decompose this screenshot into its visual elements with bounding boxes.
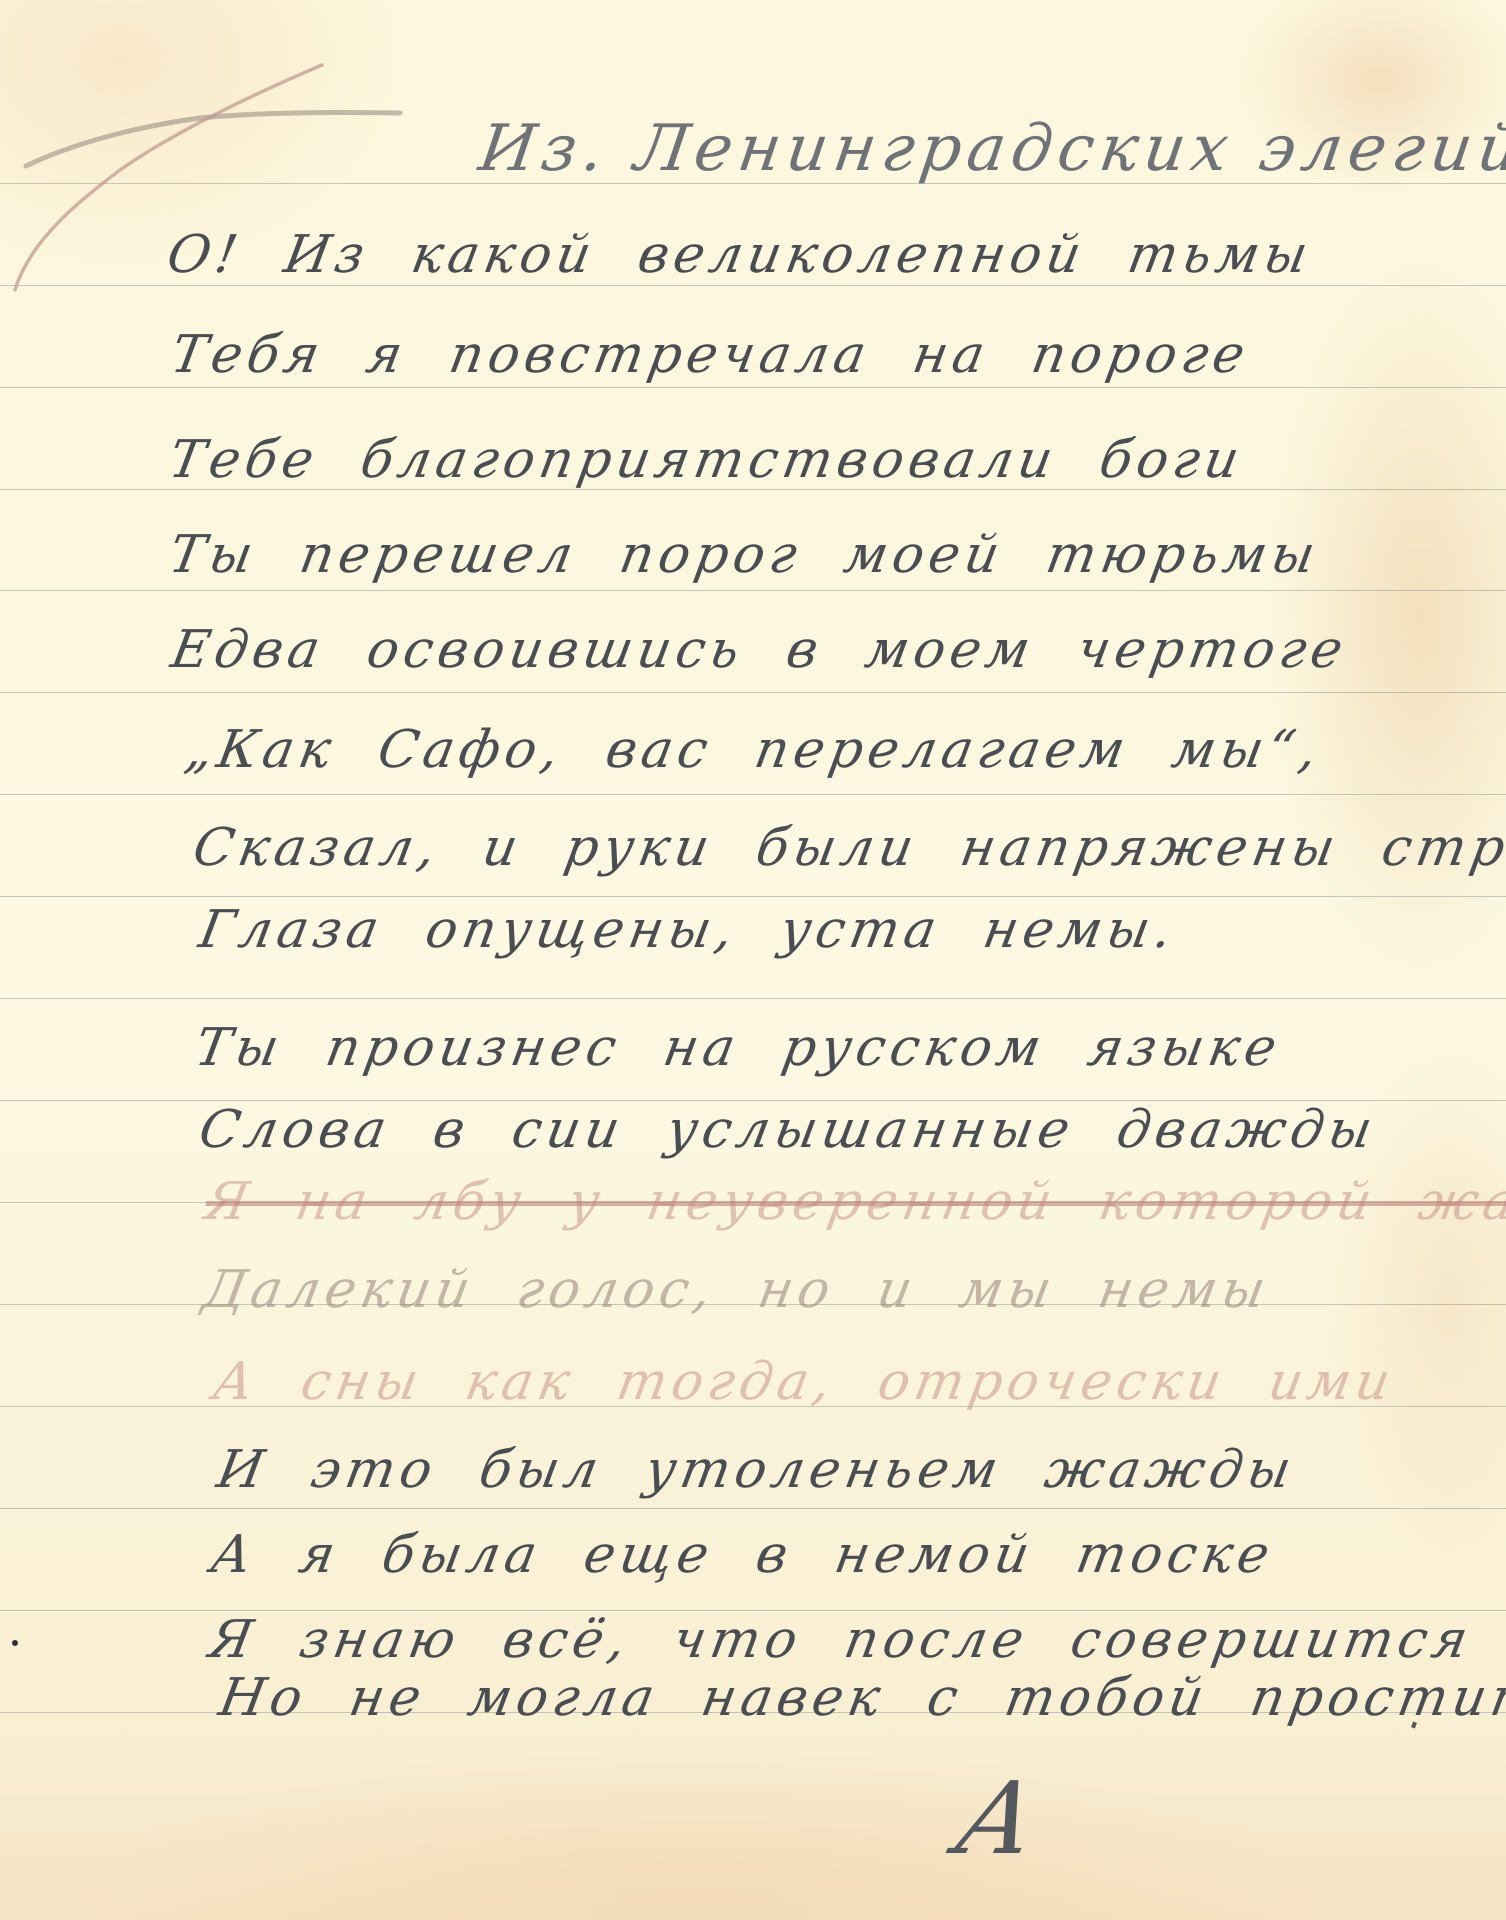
- verse-line-17: Но не могла навек с тобой проститься: [215, 1668, 1506, 1728]
- verse-line-5: Едва освоившись в моем чертоге: [167, 620, 1352, 680]
- verse-line-8: Глаза опущены, уста немы.: [195, 900, 1182, 960]
- ruled-line: [0, 794, 1506, 795]
- ruled-line: [0, 387, 1506, 388]
- verse-line-14: И это был утоленьем жажды: [213, 1440, 1301, 1500]
- author-signature: А: [945, 1760, 1050, 1877]
- verse-line-1: О! Из какой великолепной тьмы: [163, 225, 1317, 285]
- ruled-line: [0, 590, 1506, 591]
- verse-line-13-faint: А сны как тогда, отрочески ими: [209, 1352, 1400, 1412]
- verse-line-2: Тебя я повстречала на пороге: [167, 325, 1254, 385]
- verse-line-6: „Как Сафо, вас перелагаем мы“,: [181, 720, 1327, 780]
- ruled-line: [0, 896, 1506, 897]
- ruled-line: [0, 998, 1506, 999]
- verse-line-11-struck: Я на лбу у неуверенной которой жажды: [201, 1172, 1506, 1232]
- verse-line-7: Сказал, и руки были напряжены строго: [189, 818, 1506, 878]
- ruled-line: [0, 1508, 1506, 1509]
- verse-line-3: Тебе благоприятствовали боги: [165, 430, 1249, 490]
- verse-line-15: А я была еще в немой тоске: [207, 1525, 1279, 1585]
- ruled-line: [0, 692, 1506, 693]
- verse-line-16: Я знаю всё, что после совершится: [205, 1610, 1477, 1670]
- manuscript-page: Из. Ленинградских элегий О! Из какой вел…: [0, 0, 1506, 1920]
- ink-blot: [12, 1640, 18, 1646]
- verse-line-12-faint: Далекий голос, но и мы немы: [199, 1260, 1275, 1320]
- verse-line-10: Слова в сии услышанные дважды: [195, 1100, 1382, 1160]
- manuscript-title: Из. Ленинградских элегий: [475, 112, 1506, 186]
- verse-line-9: Ты произнес на русском языке: [191, 1018, 1286, 1078]
- verse-line-4: Ты перешел порог моей тюрьмы: [165, 525, 1325, 585]
